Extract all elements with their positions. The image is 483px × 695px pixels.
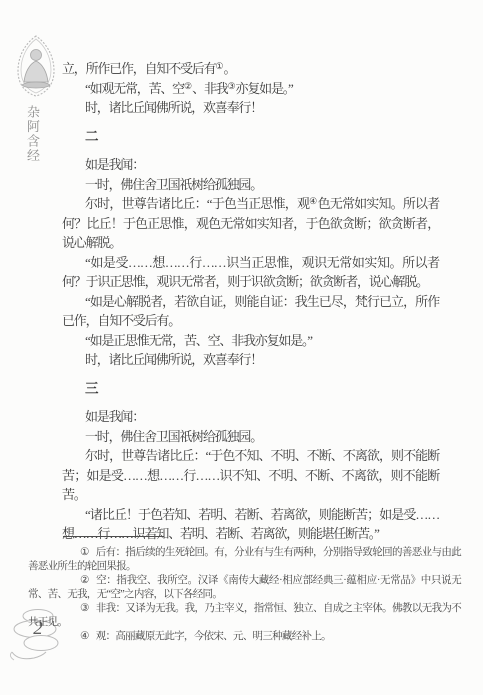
- sutra-line: “如观无常，苦、空②、非我③亦复如是。”: [62, 79, 439, 99]
- footnote-text: 空：指我空、我所空。汉译《南传大藏经·相应部经典三·蕴相应·无常品》中只说无常、…: [28, 575, 461, 600]
- footnote-1: ①后有：指后续的生死轮回。有，分业有与生有两种，分别指导致轮回的善恶业与由此善恶…: [28, 546, 461, 574]
- sutra-paragraph: 尔时，世尊告诸比丘：“于色当正思惟，观④色无常如实知。所以者何？比丘！于色正思惟…: [62, 194, 439, 253]
- sutra-text: 立，所作已作，自知不受后有①。 “如观无常，苦、空②、非我③亦复如是。” 时，诸…: [62, 59, 439, 544]
- footnote-marker: ②: [80, 575, 89, 586]
- footnote-2: ②空：指我空、我所空。汉译《南传大藏经·相应部经典三·蕴相应·无常品》中只说无常…: [28, 574, 461, 602]
- sutra-paragraph: 如是我闻：: [62, 155, 439, 175]
- section-heading-3: 三: [85, 379, 439, 399]
- footnote-marker: ④: [80, 631, 89, 642]
- footnote-marker: ③: [80, 603, 89, 614]
- footnote-text: 非我：又译为无我。我，乃主宰义，指常恒、独立、自成之主宰体。佛教以无我为不共正见…: [28, 603, 461, 628]
- sutra-line: 立，所作已作，自知不受后有①。: [62, 59, 439, 79]
- book-title-vertical: 杂阿含经: [23, 105, 42, 175]
- sutra-line: 时，诸比丘闻佛所说，欢喜奉行！: [62, 98, 439, 118]
- footnote-marker: ①: [80, 547, 89, 558]
- footnote-text: 观：高丽藏原无此字，今依宋、元、明三种藏经补上。: [96, 631, 331, 642]
- footnote-text: 后有：指后续的生死轮回。有，分业有与生有两种，分别指导致轮回的善恶业与由此善恶业…: [28, 547, 461, 572]
- sutra-paragraph: “如是心解脱者，若欲自证，则能自证：我生已尽，梵行已立，所作已作，自知不受后有。: [62, 292, 439, 331]
- footnote-4: ④观：高丽藏原无此字，今依宋、元、明三种藏经补上。: [28, 630, 461, 644]
- sutra-paragraph: 一时，佛住舍卫国祇树给孤独园。: [62, 427, 439, 447]
- sutra-paragraph: “如是受……想……行……识当正思惟，观识无常如实知。所以者何？于识正思惟，观识无…: [62, 253, 439, 292]
- footnote-separator: [63, 536, 164, 537]
- sutra-paragraph: 时，诸比丘闻佛所说，欢喜奉行！: [62, 350, 439, 370]
- footnote-3: ③非我：又译为无我。我，乃主宰义，指常恒、独立、自成之主宰体。佛教以无我为不共正…: [28, 602, 461, 630]
- sutra-paragraph: 如是我闻：: [62, 407, 439, 427]
- buddha-icon: [13, 34, 59, 100]
- sutra-paragraph: “如是正思惟无常，苦、空、非我亦复如是。”: [62, 331, 439, 351]
- book-page: 杂阿含经 2 立，所作已作，自知不受后有①。 “如观无常，苦、空②、非我③亦复如…: [0, 0, 483, 695]
- sutra-paragraph: 一时，佛住舍卫国祇树给孤独园。: [62, 175, 439, 195]
- footnotes: ①后有：指后续的生死轮回。有，分业有与生有两种，分别指导致轮回的善恶业与由此善恶…: [28, 536, 461, 644]
- sutra-paragraph: 尔时，世尊告诸比丘：“于色不知、不明、不断、不离欲，则不能断苦；如是受……想………: [62, 446, 439, 505]
- section-heading-2: 二: [85, 127, 439, 147]
